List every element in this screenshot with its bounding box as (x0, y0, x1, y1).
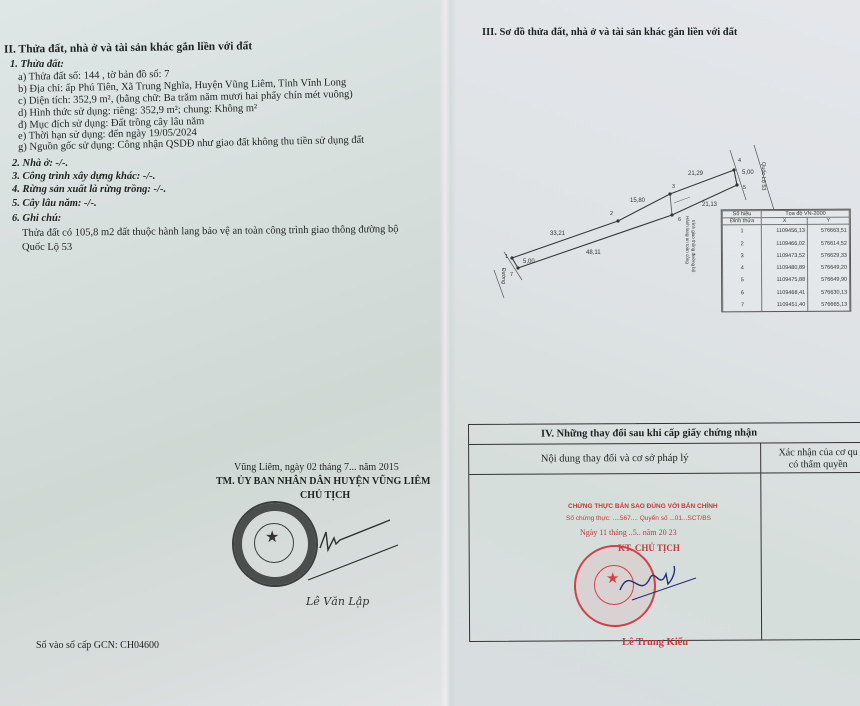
svg-text:33,21: 33,21 (550, 231, 566, 237)
vertex-id: 2 (722, 238, 762, 250)
coord-x: 1109466,02 (762, 237, 808, 249)
svg-text:6: 6 (678, 217, 681, 223)
certification-date: Ngày 11 tháng ..5.. năm 20 23 (580, 527, 677, 539)
svg-text:5: 5 (743, 185, 746, 191)
coordinate-row: 71109451,40576665,13 (723, 298, 850, 311)
confirm-header-line1: Xác nhận của cơ qu (767, 447, 860, 460)
section-iii-title: III. Sơ đồ thửa đất, nhà ở và tài sản kh… (482, 27, 737, 39)
coordinate-row: 11109456,13576663,51 (722, 224, 849, 238)
certification-header: CHỨNG THỰC BẢN SAO ĐÚNG VỚI BẢN CHÍNH (568, 501, 718, 513)
section-iv-title: IV. Những thay đổi sau khi cấp giấy chứn… (469, 423, 860, 445)
svg-text:21,13: 21,13 (702, 202, 718, 208)
svg-text:3: 3 (672, 184, 675, 190)
note-text-road: Quốc Lộ 53 (22, 242, 72, 254)
coord-x: 1109473,52 (762, 250, 808, 262)
svg-text:4: 4 (738, 158, 741, 164)
coord-x: 1109480,89 (762, 262, 808, 274)
coord-y: 576665,13 (808, 298, 850, 311)
coord-x: 1109451,40 (762, 299, 808, 312)
coordinate-row: 31109473,52576629,33 (722, 249, 849, 262)
parcel-subsection-title: 1. Thửa đất: (10, 59, 64, 71)
svg-text:Đường: Đường (500, 268, 506, 284)
coord-x: 1109456,13 (762, 224, 808, 237)
other-construction-item: 3. Công trình xây dựng khác: -/-. (12, 171, 155, 183)
forest-item: 4. Rừng sản xuất là rừng trồng: -/-. (12, 184, 166, 196)
coordinate-table: Số hiệu Tọa độ VN-2000 Đỉnh thửa X Y 111… (721, 209, 852, 313)
page-fold (440, 0, 456, 706)
coordinate-row: 51109475,88576649,90 (723, 274, 850, 287)
svg-text:15,80: 15,80 (630, 198, 646, 204)
certification-number: Số chứng thực: ....567.... Quyển số ...0… (566, 513, 711, 525)
coord-y: 576630,13 (808, 286, 850, 298)
svg-text:Quốc Lộ 53: Quốc Lộ 53 (760, 162, 766, 190)
vertex-id: 1 (722, 225, 762, 238)
changes-confirm-header: Xác nhận của cơ qu có thẩm quyền (761, 443, 860, 474)
vertex-id: 4 (723, 262, 763, 274)
confirm-header-line2: có thẩm quyền (767, 459, 860, 472)
svg-text:1: 1 (505, 254, 508, 260)
signature-stroke-left (290, 510, 410, 590)
coord-y: 576614,52 (807, 237, 849, 249)
vertex-id: 6 (723, 287, 763, 299)
vertex-id: 7 (723, 299, 763, 312)
svg-text:trình giao thông đường bộ: trình giao thông đường bộ (691, 220, 696, 273)
coord-y: 576663,51 (807, 224, 849, 237)
signer-name-right: Lê Trung Kiểu (622, 637, 688, 649)
house-item: 2. Nhà ở: -/-. (12, 158, 68, 170)
notes-heading: 6. Ghi chú: (12, 213, 61, 225)
coord-x: 1109468,41 (762, 286, 808, 298)
svg-text:21,29: 21,29 (688, 171, 704, 177)
svg-text:Hành lang an toàn công: Hành lang an toàn công (685, 216, 690, 264)
svg-text:5,00: 5,00 (742, 170, 754, 176)
gcn-registry-number: Số vào sổ cấp GCN: CH04600 (36, 640, 159, 652)
star-icon: ★ (265, 527, 279, 547)
coord-x: 1109475,88 (762, 274, 808, 286)
signature-organization: TM. ỦY BAN NHÂN DÂN HUYỆN VŨNG LIÊM (216, 476, 430, 488)
signature-stroke-right (610, 560, 700, 610)
coordinate-row: 21109466,02576614,52 (722, 237, 849, 250)
coord-y: 576629,33 (807, 249, 849, 261)
signature-date: Vũng Liêm, ngày 02 tháng 7... năm 2015 (234, 462, 399, 474)
svg-text:48,11: 48,11 (586, 250, 601, 256)
coord-y: 576649,90 (808, 274, 850, 286)
column-divider (760, 473, 762, 639)
svg-text:7: 7 (510, 272, 513, 278)
coordinate-row: 61109468,41576630,13 (723, 286, 850, 299)
perennial-trees-item: 5. Cây lâu năm: -/-. (12, 198, 97, 210)
svg-text:2: 2 (610, 211, 613, 217)
changes-content-header: Nội dung thay đổi và cơ sở pháp lý (469, 443, 761, 475)
svg-text:5,00: 5,00 (523, 259, 535, 265)
coord-y: 576649,20 (808, 262, 850, 274)
vertex-id: 3 (722, 250, 762, 262)
vertex-id: 5 (723, 274, 763, 286)
signer-name-left: Lê Văn Lập (306, 596, 369, 608)
coordinate-row: 41109480,89576649,20 (723, 262, 850, 275)
signature-title: CHỦ TỊCH (300, 490, 350, 502)
